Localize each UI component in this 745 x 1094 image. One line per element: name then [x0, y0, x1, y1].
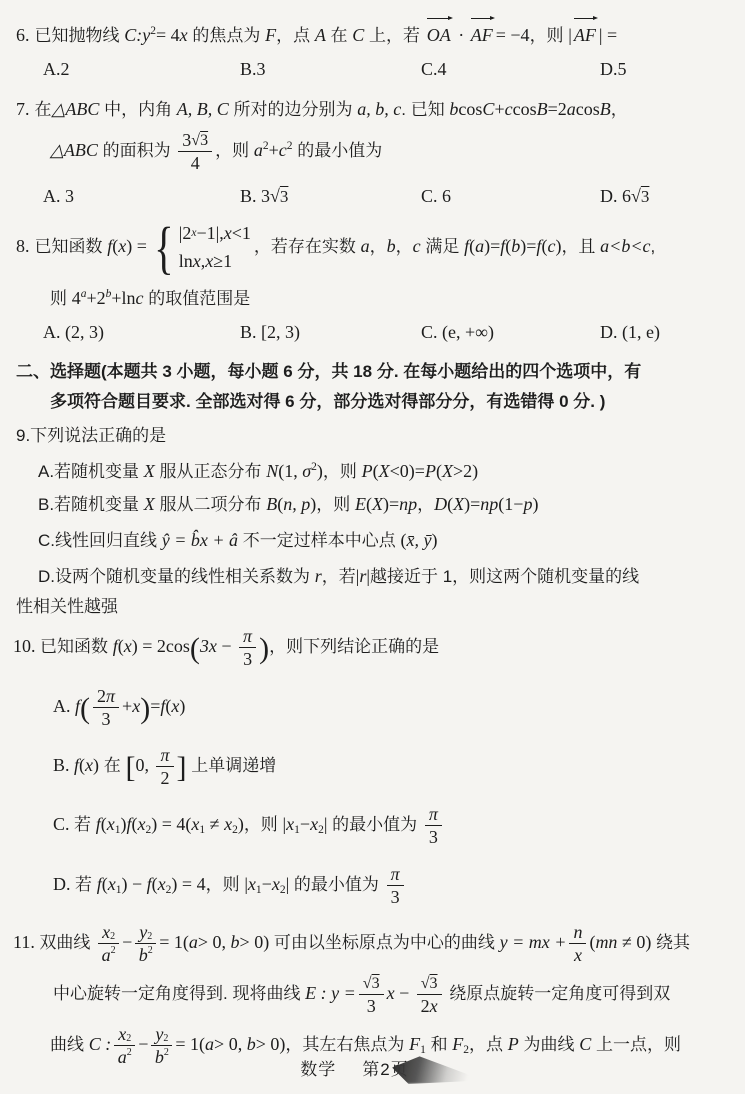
fraction: 2π3 — [93, 686, 119, 729]
fraction: y2b2 — [135, 922, 156, 965]
question-number: 7. — [16, 99, 30, 119]
vector-arrow: AF — [470, 16, 495, 50]
q9-option-b: B.若随机变量 X 服从二项分布 B(n, p)，则 E(X)=np，D(X)=… — [8, 488, 733, 521]
big-delimiter: ( — [190, 632, 200, 665]
question-number: 8. — [16, 236, 30, 256]
question-6: 6.已知抛物线 C:y2= 4x 的焦点为 F，点 A 在 C 上，若 OA ·… — [8, 16, 733, 85]
fraction: π2 — [156, 745, 173, 788]
fraction: x2a2 — [98, 922, 119, 965]
sqrt-radical: √3 — [421, 973, 438, 993]
q11-line1: 11. 双曲线 x2a2−y2b2= 1(a> 0, b> 0) 可由以坐标原点… — [8, 918, 733, 969]
q6-option-a: A.2 — [43, 54, 240, 85]
q8-option-b: B. [2, 3) — [240, 317, 421, 348]
fraction: π3 — [387, 864, 404, 907]
fraction: √33 — [359, 973, 384, 1016]
q11-line2: 中心旋转一定角度得到. 现将曲线 E : y =√33x − √32x 绕原点旋… — [8, 969, 733, 1020]
question-10: 10. 已知函数 f(x) = 2cos(3x − π3)，则下列结论正确的是 … — [8, 621, 733, 912]
q7-option-d: D. 6√3 — [600, 181, 733, 212]
q6-stem: 6.已知抛物线 C:y2= 4x 的焦点为 F，点 A 在 C 上，若 OA ·… — [8, 16, 733, 51]
section-2-header-line1: 二、选择题(本题共 3 小题，每小题 6 分，共 18 分. 在每小题给出的四个… — [8, 357, 733, 387]
section-2-header-line2: 多项符合题目要求. 全部选对得 6 分，部分选对得部分分，有选错得 0 分. ) — [8, 387, 733, 417]
q6-options: A.2 B.3 C.4 D.5 — [8, 54, 733, 85]
q8-option-d: D. (1, e) — [600, 317, 733, 348]
question-7: 7.在△ABC 中，内角 A, B, C 所对的边分别为 a, b, c. 已知… — [8, 94, 733, 212]
q10-option-c: C. 若 f(x1)f(x2) = 4(x1 ≠ x2)，则 |x1−x2| 的… — [8, 799, 733, 852]
q10-option-b: B. f(x) 在 [0, π2] 上单调递增 — [8, 740, 733, 793]
sqrt-radical: √3 — [191, 130, 208, 150]
q7-option-b: B. 3√3 — [240, 181, 421, 212]
q6-stem-math: 已知抛物线 C:y2= 4x 的焦点为 F，点 A 在 C 上，若 OA · A… — [35, 26, 618, 45]
q9-option-c: C.线性回归直线 ŷ = b̂x + â 不一定过样本中心点 (x̄, ȳ) — [8, 521, 733, 560]
fraction: √32x — [417, 973, 442, 1016]
q7-stem-line1: 7.在△ABC 中，内角 A, B, C 所对的边分别为 a, b, c. 已知… — [8, 94, 733, 125]
fraction: nx — [569, 922, 586, 965]
sqrt-radical: √3 — [363, 973, 380, 993]
sqrt-radical: √3 — [270, 187, 288, 206]
big-delimiter: ) — [259, 632, 269, 665]
q8-stem-line1: 8.已知函数 f(x) ={|2x−1|, x<1ln x, x≥1，若存在实数… — [8, 221, 733, 273]
big-delimiter: [ — [125, 751, 135, 784]
q10-stem: 10. 已知函数 f(x) = 2cos(3x − π3)，则下列结论正确的是 — [8, 621, 733, 674]
footer-subject: 数学 — [300, 1060, 336, 1079]
fraction: π3 — [239, 626, 256, 669]
q9-stem: 9.下列说法正确的是 — [8, 421, 733, 451]
page-footer: 数学第2页 — [0, 1055, 727, 1080]
q6-option-d: D.5 — [600, 54, 733, 85]
question-11: 11. 双曲线 x2a2−y2b2= 1(a> 0, b> 0) 可由以坐标原点… — [8, 918, 733, 1072]
q10-option-d: D. 若 f(x1) − f(x2) = 4，则 |x1−x2| 的最小值为 π… — [8, 859, 733, 912]
fraction: 3√34 — [178, 130, 212, 173]
q6-option-b: B.3 — [240, 54, 421, 85]
exam-page: 6.已知抛物线 C:y2= 4x 的焦点为 F，点 A 在 C 上，若 OA ·… — [0, 0, 745, 1094]
q8-options: A. (2, 3) B. [2, 3) C. (e, +∞) D. (1, e) — [8, 317, 733, 348]
q8-stem-line2: 则 4a+2b+lnc 的取值范围是 — [8, 279, 733, 314]
q6-option-c: C.4 — [421, 54, 600, 85]
q7-options: A. 3 B. 3√3 C. 6 D. 6√3 — [8, 181, 733, 212]
sqrt-radical: √3 — [631, 187, 649, 206]
big-delimiter: ] — [177, 751, 187, 784]
vector-arrow: AF — [573, 16, 598, 50]
question-8: 8.已知函数 f(x) ={|2x−1|, x<1ln x, x≥1，若存在实数… — [8, 221, 733, 348]
section-2-header: 二、选择题(本题共 3 小题，每小题 6 分，共 18 分. 在每小题给出的四个… — [8, 357, 733, 417]
q8-option-c: C. (e, +∞) — [421, 317, 600, 348]
q8-option-a: A. (2, 3) — [43, 317, 240, 348]
fraction: π3 — [425, 804, 442, 847]
q10-option-a: A. f(2π3+x)=f(x) — [8, 681, 733, 734]
q8-stem-math: 已知函数 f(x) ={|2x−1|, x<1ln x, x≥1，若存在实数 a… — [35, 237, 656, 256]
q9-option-d-line1: D.设两个随机变量的线性相关系数为 r，若|r|越接近于 1，则这两个随机变量的… — [8, 560, 733, 593]
q7-option-c: C. 6 — [421, 181, 600, 212]
big-delimiter: ( — [80, 692, 90, 725]
question-9: 9.下列说法正确的是 A.若随机变量 X 服从正态分布 N(1, σ2)，则 P… — [8, 421, 733, 621]
vector-arrow: OA — [426, 16, 453, 50]
q7-stem-math: 在△ABC 中，内角 A, B, C 所对的边分别为 a, b, c. 已知 b… — [35, 100, 628, 119]
q9-option-a: A.若随机变量 X 服从正态分布 N(1, σ2)，则 P(X<0)=P(X>2… — [8, 451, 733, 488]
q7-option-a: A. 3 — [43, 181, 240, 212]
question-number: 6. — [16, 25, 30, 45]
q9-option-d-line2: 性相关性越强 — [8, 593, 733, 621]
q7-stem-line2: △ABC 的面积为 3√34，则 a2+c2 的最小值为 — [8, 125, 733, 178]
big-delimiter: ) — [140, 692, 150, 725]
piecewise-function: {|2x−1|, x<1ln x, x≥1 — [150, 221, 251, 273]
